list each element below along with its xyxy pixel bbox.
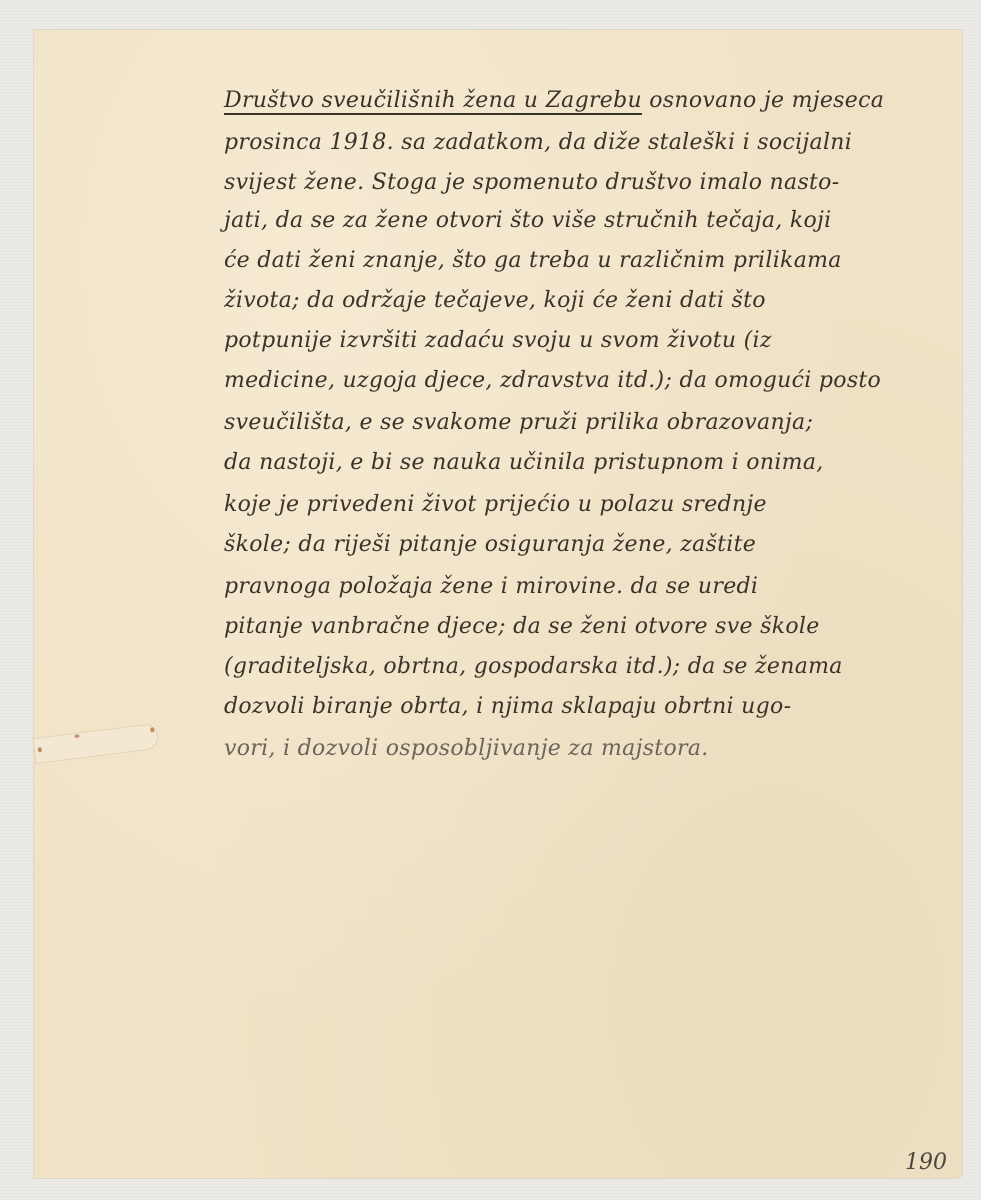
text-line-12: škole; da riješi pitanje osiguranja žene… [224,534,756,556]
text-line-11: koje je privedeni život prijećio u polaz… [224,494,767,516]
stain-mark [38,747,43,752]
text-line-8: medicine, uzgoja djece, zdravstva itd.);… [224,370,881,392]
text-line-14: pitanje vanbračne djece; da se ženi otvo… [224,616,820,638]
manuscript-page: Društvo sveučilišnih žena u Zagrebu osno… [34,30,962,1178]
text-line-2: prosinca 1918. sa zadatkom, da diže stal… [224,132,852,154]
stain-mark [150,727,155,732]
text-line-7: potpunije izvršiti zadaću svoju u svom ž… [224,330,772,352]
text-line-17: vori, i dozvoli osposobljivanje za majst… [224,738,709,760]
paper-fold-tab [32,723,159,764]
document-title: Društvo sveučilišnih žena u Zagrebu [224,88,642,113]
text-line-5: će dati ženi znanje, što ga treba u razl… [224,250,842,272]
page-number: 190 [905,1150,947,1175]
text-line-6: života; da održaje tečajeve, koji će žen… [224,290,766,312]
text-line-4: jati, da se za žene otvori što više stru… [224,210,832,232]
text-line-1: Društvo sveučilišnih žena u Zagrebu osno… [224,90,884,112]
stain-mark [74,734,79,738]
text-line-1-rest: osnovano je mjeseca [642,88,884,113]
text-line-13: pravnoga položaja žene i mirovine. da se… [224,576,758,598]
text-line-15: (graditeljska, obrtna, gospodarska itd.)… [224,656,843,678]
text-line-10: da nastoji, e bi se nauka učinila pristu… [224,452,824,474]
text-line-3: svijest žene. Stoga je spomenuto društvo… [224,172,839,194]
text-line-16: dozvoli biranje obrta, i njima sklapaju … [224,696,791,718]
text-line-9: sveučilišta, e se svakome pruži prilika … [224,412,813,434]
